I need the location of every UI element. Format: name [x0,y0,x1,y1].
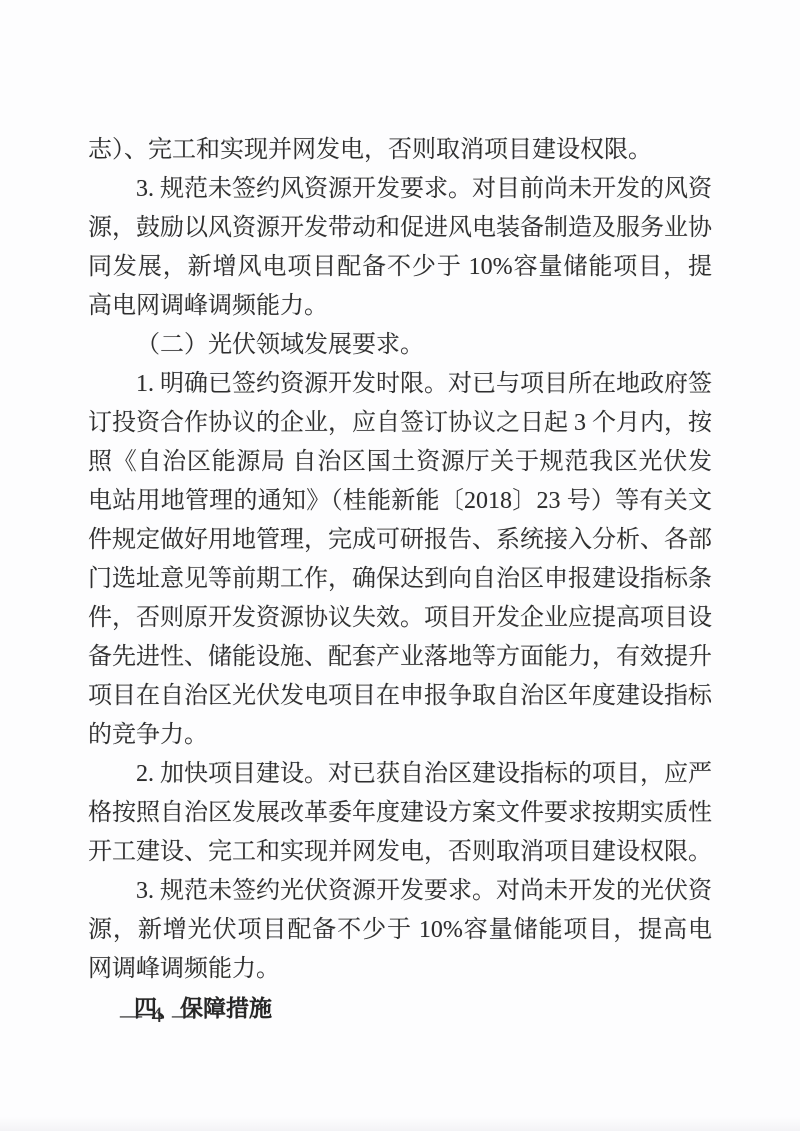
document-body: 志）、完工和实现并网发电，否则取消项目建设权限。 3. 规范未签约风资源开发要求… [88,131,712,1028]
paragraph-solar-item-2: 2. 加快项目建设。对已获自治区建设指标的项目，应严格按照自治区发展改革委年度建… [88,755,712,872]
paragraph-wind-item-3: 3. 规范未签约风资源开发要求。对目前尚未开发的风资源，鼓励以风资源开发带动和促… [88,170,712,326]
scanned-document-page: 志）、完工和实现并网发电，否则取消项目建设权限。 3. 规范未签约风资源开发要求… [0,0,800,1131]
paragraph-continuation-grid-power: 志）、完工和实现并网发电，否则取消项目建设权限。 [88,131,712,170]
paragraph-solar-item-1: 1. 明确已签约资源开发时限。对已与项目所在地政府签订投资合作协议的企业，应自签… [88,365,712,755]
heading-section-2-solar-requirements: （二）光伏领域发展要求。 [88,326,712,365]
page-number: — 4 — [120,1002,196,1028]
paragraph-solar-item-3: 3. 规范未签约光伏资源开发要求。对尚未开发的光伏资源，新增光伏项目配备不少于 … [88,872,712,989]
